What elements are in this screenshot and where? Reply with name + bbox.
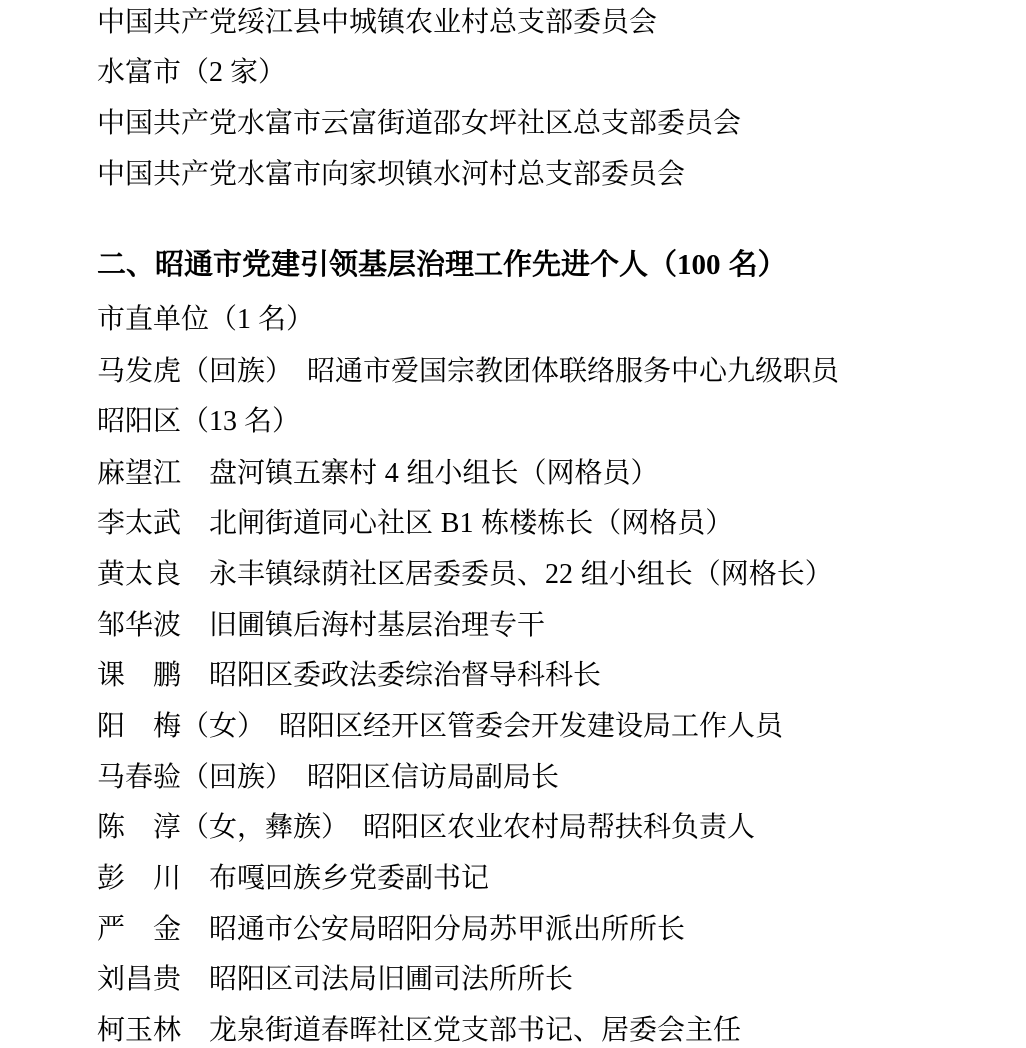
document-line: 刘昌贵 昭阳区司法局旧圃司法所所长 [97, 954, 996, 1005]
document-line: 中国共产党绥江县中城镇农业村总支部委员会 [97, 0, 996, 48]
document-line: 李太武 北闸街道同心社区 B1 栋楼栋长（网格员） [97, 498, 996, 549]
document-body: 中国共产党绥江县中城镇农业村总支部委员会水富市（2 家）中国共产党水富市云富街道… [97, 0, 996, 1048]
latin-text: 22 [545, 559, 573, 590]
document-line: 严 金 昭通市公安局昭阳分局苏甲派出所所长 [97, 904, 996, 955]
document-line: 马发虎（回族） 昭通市爱国宗教团体联络服务中心九级职员 [97, 346, 996, 397]
document-line: 陈 淳（女，彝族） 昭阳区农业农村局帮扶科负责人 [97, 802, 996, 853]
document-line: 市直单位（1 名） [97, 295, 996, 346]
latin-text: B1 [441, 508, 474, 539]
latin-text: 2 [209, 57, 223, 88]
document-line: 黄太良 永丰镇绿荫社区居委委员、22 组小组长（网格长） [97, 549, 996, 600]
document-line: 中国共产党水富市云富街道邵女坪社区总支部委员会 [97, 98, 996, 149]
latin-text: 4 [385, 458, 399, 489]
document-line: 邹华波 旧圃镇后海村基层治理专干 [97, 600, 996, 651]
document-line: 阳 梅（女） 昭阳区经开区管委会开发建设局工作人员 [97, 701, 996, 752]
document-line: 麻望江 盘河镇五寨村 4 组小组长（网格员） [97, 448, 996, 499]
document-page: 中国共产党绥江县中城镇农业村总支部委员会水富市（2 家）中国共产党水富市云富街道… [0, 0, 1026, 1048]
section-heading: 二、昭通市党建引领基层治理工作先进个人（100 名） [97, 240, 996, 291]
document-line: 中国共产党水富市向家坝镇水河村总支部委员会 [97, 149, 996, 200]
document-line: 课 鹏 昭阳区委政法委综治督导科科长 [97, 650, 996, 701]
document-line: 彭 川 布嘎回族乡党委副书记 [97, 853, 996, 904]
latin-text: 100 [677, 249, 721, 281]
document-line: 柯玉林 龙泉街道春晖社区党支部书记、居委会主任 [97, 1005, 996, 1048]
latin-text: 13 [209, 406, 237, 437]
document-line: 昭阳区（13 名） [97, 397, 996, 448]
document-line: 马春验（回族） 昭阳区信访局副局长 [97, 752, 996, 803]
document-line: 水富市（2 家） [97, 48, 996, 99]
latin-text: 1 [237, 304, 251, 335]
